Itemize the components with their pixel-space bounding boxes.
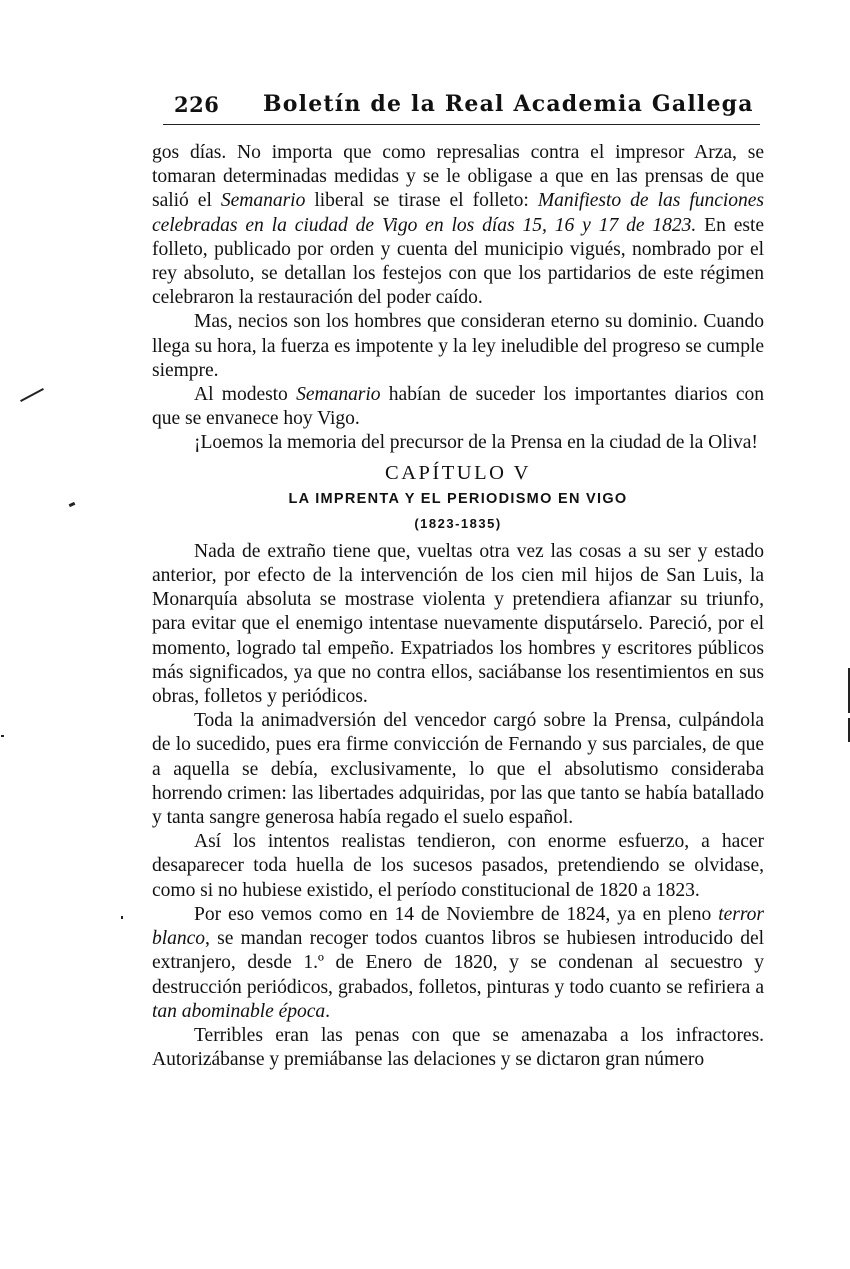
margin-pencil-mark bbox=[69, 502, 76, 507]
italic-text: tan abominable época bbox=[152, 1001, 325, 1022]
journal-title: Boletín de la Real Academia Gallega bbox=[263, 91, 754, 117]
text-run: Nada de extraño tiene que, vueltas otra … bbox=[152, 541, 764, 707]
text-run: , se mandan recoger todos cuantos libros… bbox=[152, 928, 764, 997]
body-text: gos días. No importa que como represalia… bbox=[152, 141, 764, 1072]
paragraph: Terribles eran las penas con que se amen… bbox=[152, 1024, 764, 1072]
text-run: Así los intentos realistas tendieron, co… bbox=[152, 831, 764, 900]
paragraph: Al modesto Semanario habían de suceder l… bbox=[152, 383, 764, 431]
scanned-page: 226 Boletín de la Real Academia Gallega … bbox=[0, 0, 850, 1269]
margin-vertical-line bbox=[848, 668, 850, 713]
text-run: ¡Loemos la memoria del precursor de la P… bbox=[194, 432, 758, 453]
text-run: Toda la animadversión del vencedor cargó… bbox=[152, 710, 764, 828]
chapter-dates: (1823-1835) bbox=[152, 514, 764, 534]
margin-tick bbox=[121, 916, 123, 919]
paragraph: Nada de extraño tiene que, vueltas otra … bbox=[152, 540, 764, 709]
italic-text: Semanario bbox=[296, 384, 380, 405]
margin-pencil-mark bbox=[20, 388, 44, 402]
paragraph: ¡Loemos la memoria del precursor de la P… bbox=[152, 431, 764, 455]
chapter-subtitle: LA IMPRENTA Y EL PERIODISMO EN VIGO bbox=[152, 489, 764, 509]
running-head: 226 Boletín de la Real Academia Gallega bbox=[150, 92, 760, 122]
chapter-title: CAPÍTULO V bbox=[152, 461, 764, 485]
page-number: 226 bbox=[174, 92, 219, 117]
text-run: liberal se tirase el folleto: bbox=[305, 190, 538, 211]
paragraphs-after-chapter: Nada de extraño tiene que, vueltas otra … bbox=[152, 540, 764, 1072]
margin-vertical-line bbox=[848, 718, 850, 742]
header-rule bbox=[163, 124, 760, 126]
text-run: Al modesto bbox=[194, 384, 296, 405]
paragraph: gos días. No importa que como represalia… bbox=[152, 141, 764, 310]
italic-text: Semanario bbox=[221, 190, 305, 211]
paragraphs-before-chapter: gos días. No importa que como represalia… bbox=[152, 141, 764, 456]
paragraph: Por eso vemos como en 14 de Noviembre de… bbox=[152, 903, 764, 1024]
text-run: . bbox=[325, 1001, 330, 1022]
text-run: Mas, necios son los hombres que consider… bbox=[152, 311, 764, 380]
paragraph: Así los intentos realistas tendieron, co… bbox=[152, 830, 764, 903]
text-run: Terribles eran las penas con que se amen… bbox=[152, 1025, 764, 1070]
text-run: Por eso vemos como en 14 de Noviembre de… bbox=[194, 904, 718, 925]
paragraph: Mas, necios son los hombres que consider… bbox=[152, 310, 764, 383]
margin-tick bbox=[1, 735, 4, 737]
paragraph: Toda la animadversión del vencedor cargó… bbox=[152, 709, 764, 830]
